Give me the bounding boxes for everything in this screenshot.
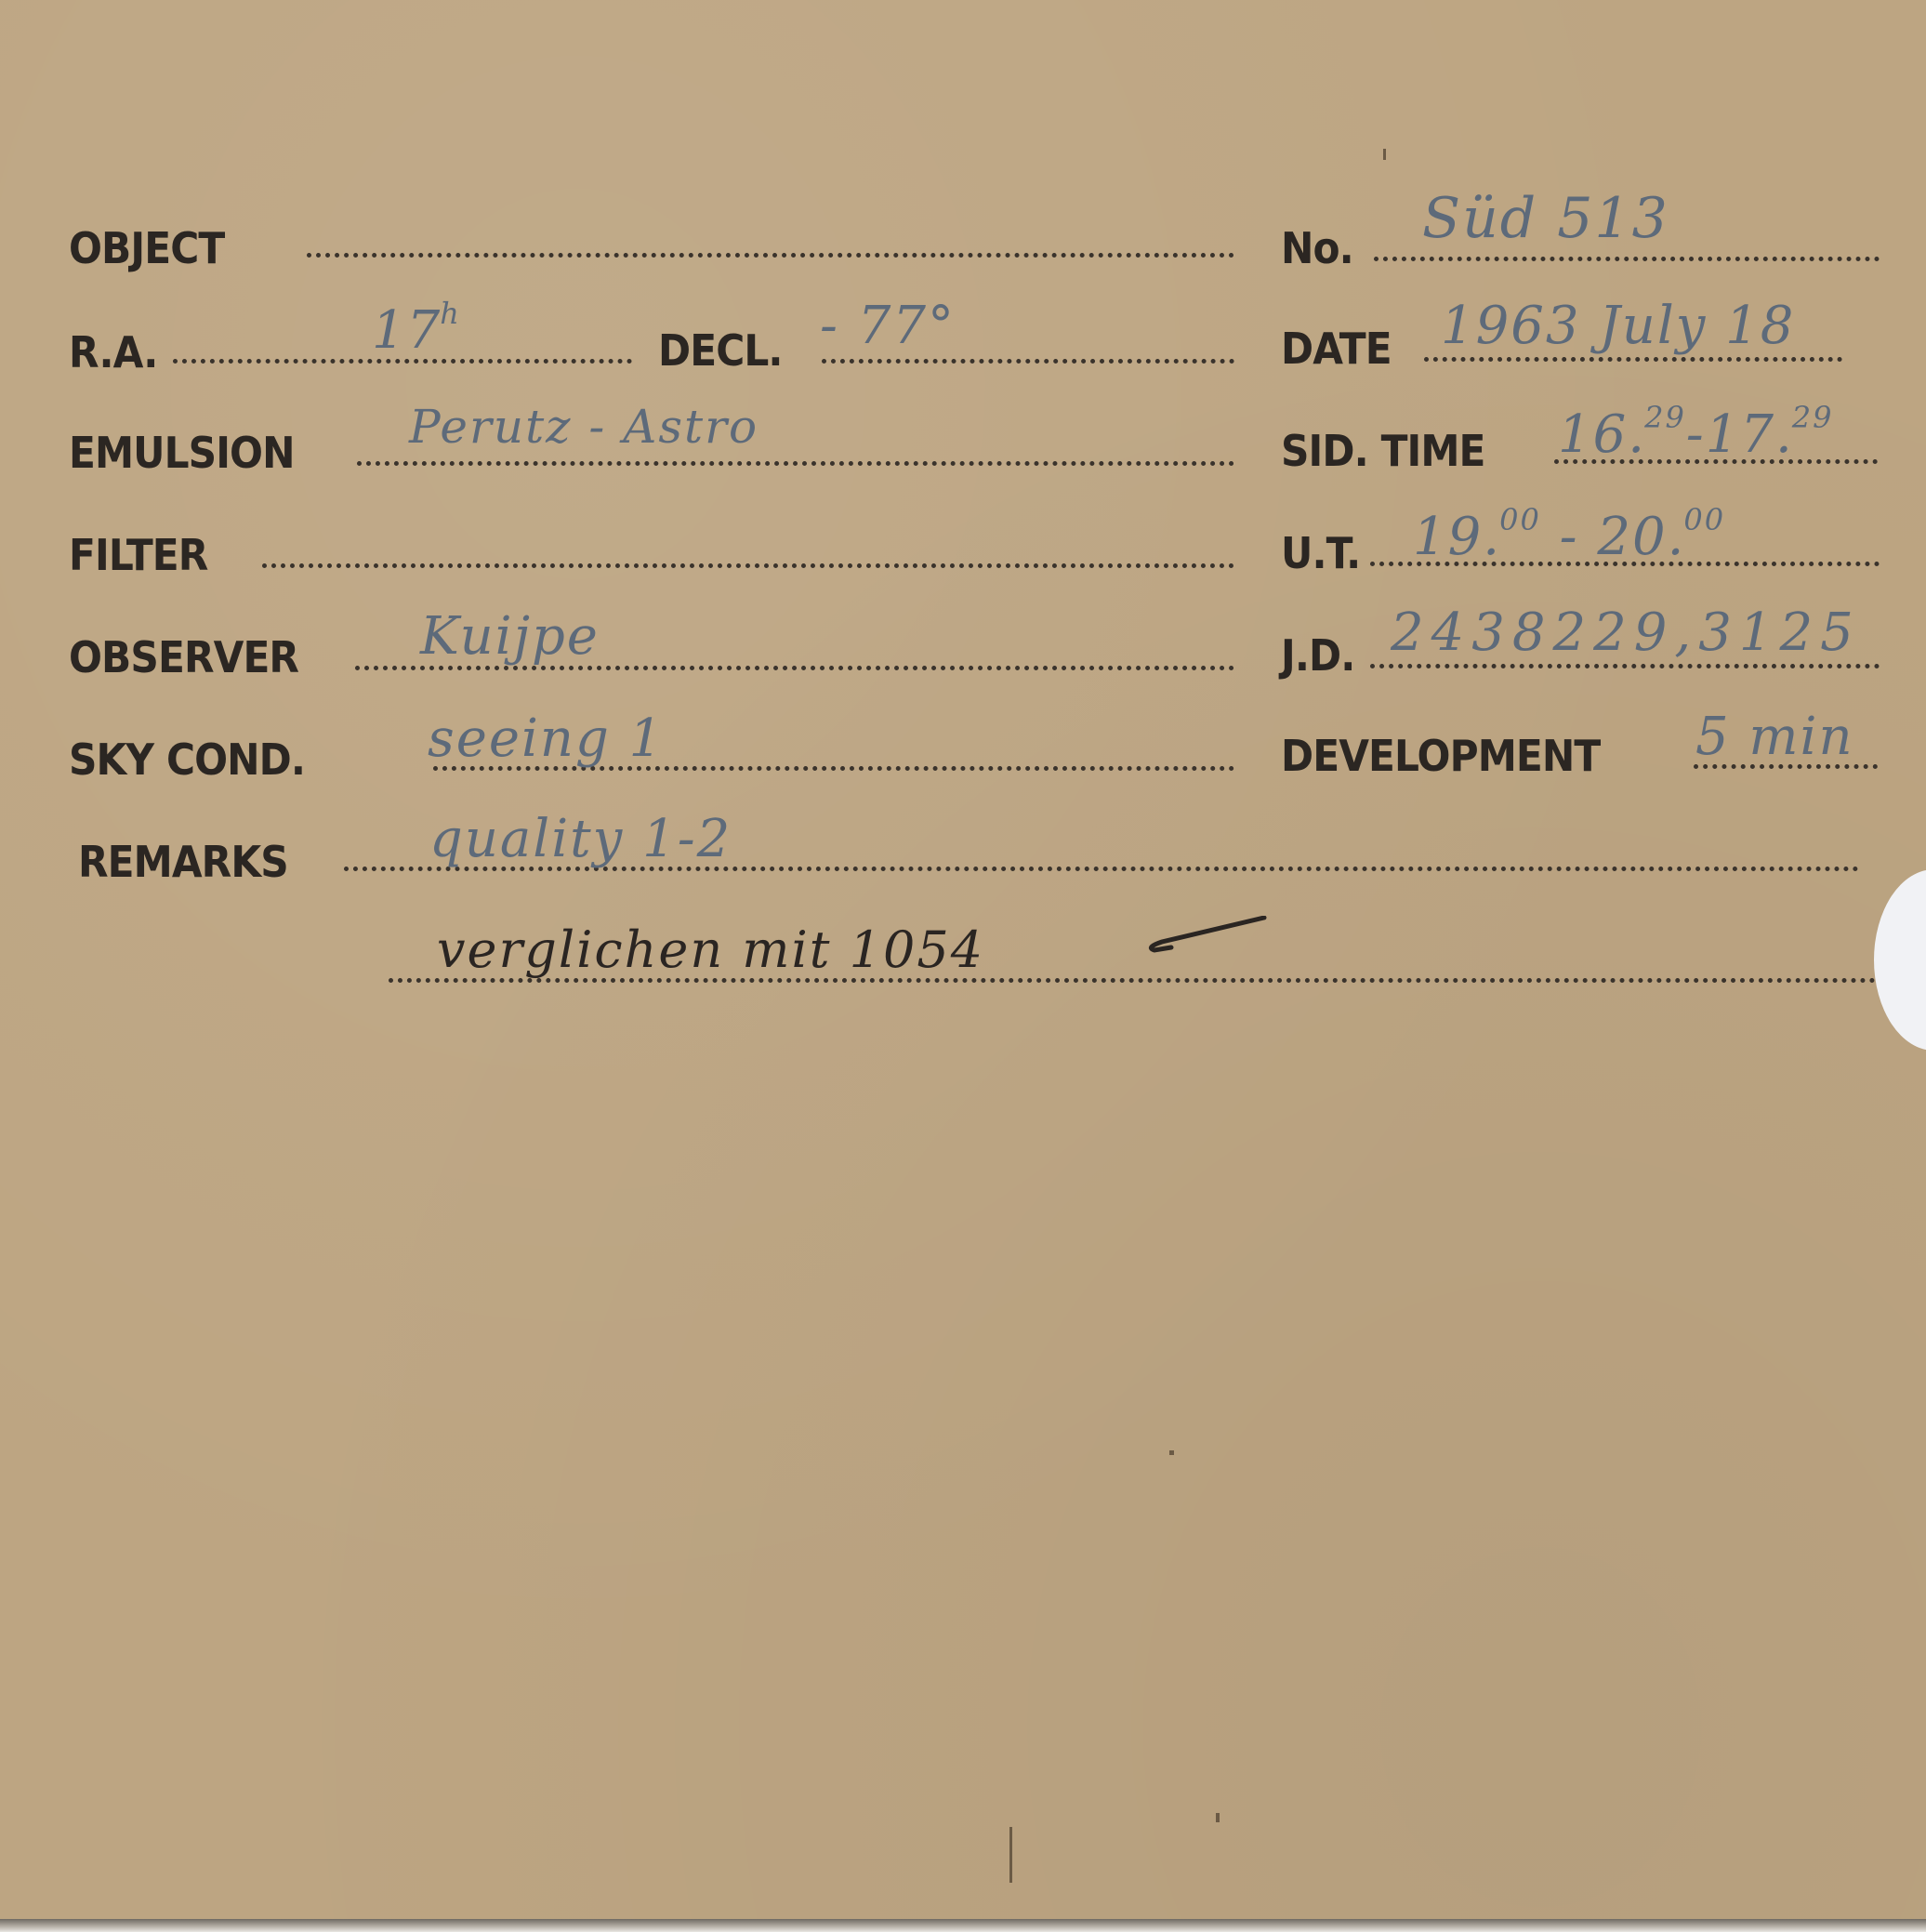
no-value: Süd 513 bbox=[1422, 186, 1669, 251]
ut-separator: - bbox=[1560, 507, 1579, 567]
sid-time-start-hour: 16 bbox=[1558, 404, 1628, 465]
paper-mark bbox=[1383, 149, 1386, 160]
development-label: DEVELOPMENT bbox=[1281, 731, 1600, 781]
filter-field-line bbox=[262, 563, 1234, 568]
paper-mark bbox=[1216, 1813, 1220, 1822]
ut-end-min: 00 bbox=[1683, 502, 1725, 537]
emulsion-value: Perutz - Astro bbox=[409, 400, 759, 454]
scan-bottom-edge bbox=[0, 1919, 1926, 1932]
ra-hours-suffix: h bbox=[440, 296, 461, 331]
paper-mark bbox=[1169, 1450, 1174, 1455]
observer-value: Kuijpe bbox=[420, 606, 600, 667]
sky-cond-label: SKY COND. bbox=[69, 734, 305, 785]
jd-label: J.D. bbox=[1281, 630, 1354, 681]
ut-label: U.T. bbox=[1281, 528, 1360, 578]
emulsion-field-line bbox=[357, 461, 1234, 466]
sid-time-start-min: 29 bbox=[1644, 400, 1686, 435]
object-label: OBJECT bbox=[69, 223, 224, 273]
object-field-line bbox=[307, 253, 1234, 258]
checkmark-icon bbox=[1143, 916, 1269, 953]
ut-start-hour: 19 bbox=[1413, 507, 1483, 567]
no-field-line bbox=[1374, 257, 1880, 261]
remarks-value: quality 1-2 bbox=[429, 809, 732, 869]
no-label: No. bbox=[1281, 223, 1353, 273]
thumb-notch bbox=[1874, 869, 1926, 1051]
remarks-value-line-2: verglichen mit 1054 bbox=[437, 920, 984, 979]
sid-time-value: 16.29-17.29 bbox=[1558, 400, 1834, 465]
date-value: 1963 July 18 bbox=[1441, 296, 1795, 356]
paper-mark bbox=[1009, 1827, 1012, 1883]
date-field-line bbox=[1424, 357, 1842, 362]
ra-label: R.A. bbox=[69, 327, 157, 377]
emulsion-label: EMULSION bbox=[69, 428, 295, 478]
observer-label: OBSERVER bbox=[69, 632, 298, 682]
filter-label: FILTER bbox=[69, 530, 207, 580]
decl-value: - 77° bbox=[820, 296, 956, 356]
decl-label: DECL. bbox=[658, 325, 783, 376]
sid-time-label: SID. TIME bbox=[1281, 426, 1485, 476]
sid-time-end-hour: 17 bbox=[1706, 404, 1775, 465]
ra-hours: 17 bbox=[372, 300, 442, 361]
decl-field-line bbox=[822, 359, 1234, 364]
ut-start-min: 00 bbox=[1499, 502, 1541, 537]
ut-end-hour: 20 bbox=[1597, 507, 1667, 567]
development-value: 5 min bbox=[1695, 707, 1854, 767]
remarks-label: REMARKS bbox=[78, 837, 288, 887]
sid-time-separator: - bbox=[1686, 404, 1706, 465]
plate-envelope-card: OBJECT R.A. 17h DECL. - 77° EMULSION Per… bbox=[0, 0, 1926, 1919]
jd-field-line bbox=[1370, 664, 1880, 668]
sky-cond-value: seeing 1 bbox=[428, 708, 664, 769]
date-label: DATE bbox=[1281, 324, 1392, 374]
jd-value: 2438229,3125 bbox=[1391, 602, 1861, 663]
ut-value: 19.00 - 20.00 bbox=[1413, 502, 1725, 567]
sid-time-end-min: 29 bbox=[1792, 400, 1834, 435]
ra-value: 17h bbox=[372, 296, 461, 361]
